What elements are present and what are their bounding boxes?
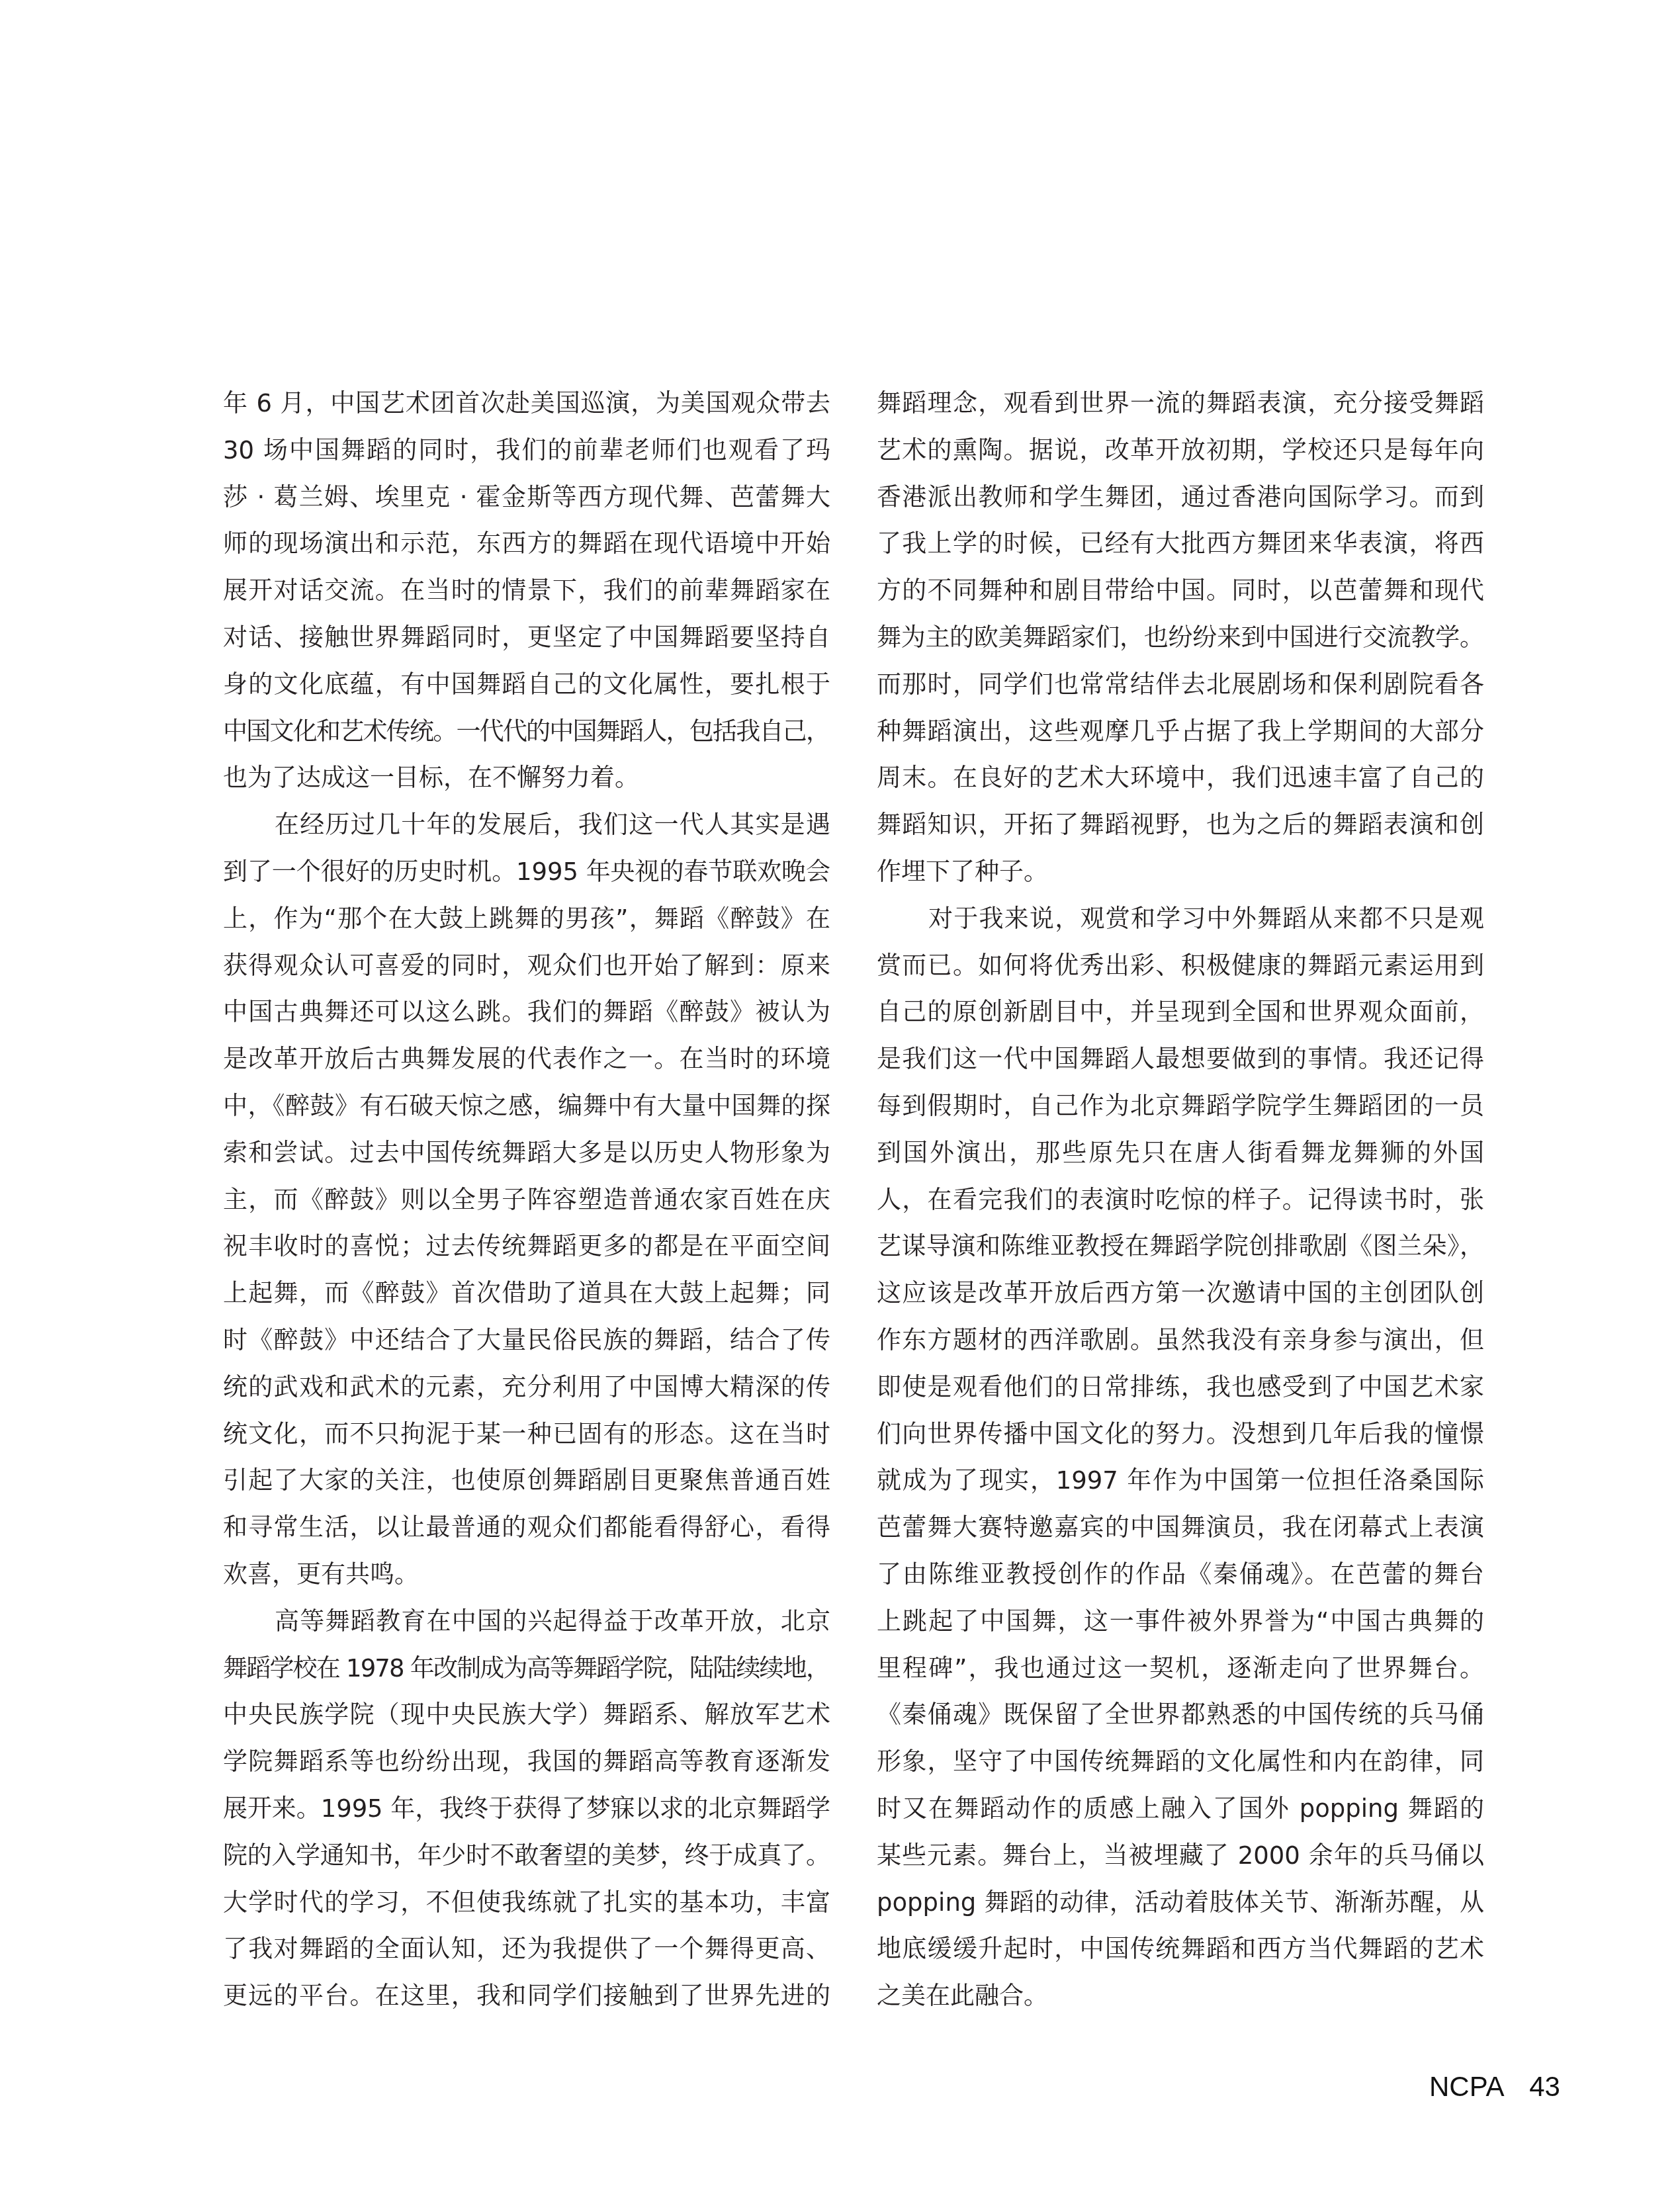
text-line: 院的入学通知书，年少时不敢奢望的美梦，终于成真了。 xyxy=(223,1833,830,1880)
text-line: 到国外演出，那些原先只在唐人街看舞龙舞狮的外国 xyxy=(877,1130,1484,1177)
text-line: 和寻常生活，以让最普通的观众们都能看得舒心，看得 xyxy=(223,1505,830,1552)
text-line: 芭蕾舞大赛特邀嘉宾的中国舞演员，我在闭幕式上表演 xyxy=(877,1505,1484,1552)
text-line: 里程碑”，我也通过这一契机，逐渐走向了世界舞台。 xyxy=(877,1645,1484,1692)
text-line: 上起舞，而《醉鼓》首次借助了道具在大鼓上起舞；同 xyxy=(223,1270,830,1317)
text-line: 某些元素。舞台上，当被埋藏了 2000 余年的兵马俑以 xyxy=(877,1833,1484,1880)
text-line: 更远的平台。在这里，我和同学们接触到了世界先进的 xyxy=(223,1973,830,2020)
text-line: 中国古典舞还可以这么跳。我们的舞蹈《醉鼓》被认为 xyxy=(223,989,830,1036)
text-line: 了我上学的时候，已经有大批西方舞团来华表演，将西 xyxy=(877,521,1484,568)
text-line: 《秦俑魂》既保留了全世界都熟悉的中国传统的兵马俑 xyxy=(877,1692,1484,1739)
text-line: 之美在此融合。 xyxy=(877,1973,1484,2020)
text-line: 每到假期时，自己作为北京舞蹈学院学生舞蹈团的一员 xyxy=(877,1083,1484,1130)
text-line: 们向世界传播中国文化的努力。没想到几年后我的憧憬 xyxy=(877,1411,1484,1458)
text-line: 欢喜，更有共鸣。 xyxy=(223,1552,830,1598)
text-line: 莎 · 葛兰姆、埃里克 · 霍金斯等西方现代舞、芭蕾舞大 xyxy=(223,474,830,521)
text-line: 师的现场演出和示范，东西方的舞蹈在现代语境中开始 xyxy=(223,521,830,568)
magazine-name: NCPA xyxy=(1429,2070,1505,2104)
text-line: 是改革开放后古典舞发展的代表作之一。在当时的环境 xyxy=(223,1036,830,1083)
article-column-left: 年 6 月，中国艺术团首次赴美国巡演，为美国观众带去30 场中国舞蹈的同时，我们… xyxy=(223,380,830,2020)
text-line: 作埋下了种子。 xyxy=(877,849,1484,896)
text-line: 艺谋导演和陈维亚教授在舞蹈学院创排歌剧《图兰朵》， xyxy=(877,1223,1484,1270)
text-line: 30 场中国舞蹈的同时，我们的前辈老师们也观看了玛 xyxy=(223,427,830,474)
text-line: 对于我来说，观赏和学习中外舞蹈从来都不只是观 xyxy=(877,896,1484,943)
text-line: 中央民族学院（现中央民族大学）舞蹈系、解放军艺术 xyxy=(223,1692,830,1739)
text-line: 学院舞蹈系等也纷纷出现，我国的舞蹈高等教育逐渐发 xyxy=(223,1739,830,1786)
article-column-right: 舞蹈理念，观看到世界一流的舞蹈表演，充分接受舞蹈艺术的熏陶。据说，改革开放初期，… xyxy=(877,380,1484,2020)
text-line: 统的武戏和武术的元素，充分利用了中国博大精深的传 xyxy=(223,1364,830,1411)
text-line: 艺术的熏陶。据说，改革开放初期，学校还只是每年向 xyxy=(877,427,1484,474)
text-line: 地底缓缓升起时，中国传统舞蹈和西方当代舞蹈的艺术 xyxy=(877,1926,1484,1973)
text-line: 祝丰收时的喜悦；过去传统舞蹈更多的都是在平面空间 xyxy=(223,1223,830,1270)
text-line: 获得观众认可喜爱的同时，观众们也开始了解到：原来 xyxy=(223,943,830,990)
text-line: 年 6 月，中国艺术团首次赴美国巡演，为美国观众带去 xyxy=(223,380,830,427)
text-line: 形象，坚守了中国传统舞蹈的文化属性和内在韵律，同 xyxy=(877,1739,1484,1786)
text-line: 上，作为“那个在大鼓上跳舞的男孩”，舞蹈《醉鼓》在 xyxy=(223,896,830,943)
text-line: 赏而已。如何将优秀出彩、积极健康的舞蹈元素运用到 xyxy=(877,943,1484,990)
text-line: 到了一个很好的历史时机。1995 年央视的春节联欢晚会 xyxy=(223,849,830,896)
text-line: 作东方题材的西洋歌剧。虽然我没有亲身参与演出，但 xyxy=(877,1317,1484,1364)
text-line: 引起了大家的关注，也使原创舞蹈剧目更聚焦普通百姓 xyxy=(223,1458,830,1505)
text-line: 中国文化和艺术传统。一代代的中国舞蹈人，包括我自己， xyxy=(223,709,830,756)
text-line: 就成为了现实，1997 年作为中国第一位担任洛桑国际 xyxy=(877,1458,1484,1505)
text-line: 舞蹈学校在 1978 年改制成为高等舞蹈学院，陆陆续续地， xyxy=(223,1645,830,1692)
text-line: 自己的原创新剧目中，并呈现到全国和世界观众面前， xyxy=(877,989,1484,1036)
text-line: 香港派出教师和学生舞团，通过香港向国际学习。而到 xyxy=(877,474,1484,521)
text-line: 也为了达成这一目标，在不懈努力着。 xyxy=(223,755,830,802)
text-line: 了由陈维亚教授创作的作品《秦俑魂》。在芭蕾的舞台 xyxy=(877,1552,1484,1598)
text-line: 时又在舞蹈动作的质感上融入了国外 popping 舞蹈的 xyxy=(877,1786,1484,1833)
text-line: 即使是观看他们的日常排练，我也感受到了中国艺术家 xyxy=(877,1364,1484,1411)
text-line: 展开对话交流。在当时的情景下，我们的前辈舞蹈家在 xyxy=(223,568,830,615)
text-line: 这应该是改革开放后西方第一次邀请中国的主创团队创 xyxy=(877,1270,1484,1317)
text-line: 舞蹈理念，观看到世界一流的舞蹈表演，充分接受舞蹈 xyxy=(877,380,1484,427)
page-footer: NCPA 43 xyxy=(1429,2070,1560,2104)
text-line: 舞为主的欧美舞蹈家们，也纷纷来到中国进行交流教学。 xyxy=(877,615,1484,662)
text-line: 是我们这一代中国舞蹈人最想要做到的事情。我还记得 xyxy=(877,1036,1484,1083)
text-line: 而那时，同学们也常常结伴去北展剧场和保利剧院看各 xyxy=(877,662,1484,709)
text-line: 上跳起了中国舞，这一事件被外界誉为“中国古典舞的 xyxy=(877,1598,1484,1645)
text-line: 展开来。1995 年，我终于获得了梦寐以求的北京舞蹈学 xyxy=(223,1786,830,1833)
page-number: 43 xyxy=(1529,2070,1560,2104)
text-line: 了我对舞蹈的全面认知，还为我提供了一个舞得更高、 xyxy=(223,1926,830,1973)
text-line: 索和尝试。过去中国传统舞蹈大多是以历史人物形象为 xyxy=(223,1130,830,1177)
text-line: 周末。在良好的艺术大环境中，我们迅速丰富了自己的 xyxy=(877,755,1484,802)
text-line: 人，在看完我们的表演时吃惊的样子。记得读书时，张 xyxy=(877,1177,1484,1224)
text-line: popping 舞蹈的动律，活动着肢体关节、渐渐苏醒，从 xyxy=(877,1880,1484,1927)
text-line: 方的不同舞种和剧目带给中国。同时，以芭蕾舞和现代 xyxy=(877,568,1484,615)
text-line: 统文化，而不只拘泥于某一种已固有的形态。这在当时 xyxy=(223,1411,830,1458)
text-line: 时《醉鼓》中还结合了大量民俗民族的舞蹈，结合了传 xyxy=(223,1317,830,1364)
text-line: 舞蹈知识，开拓了舞蹈视野，也为之后的舞蹈表演和创 xyxy=(877,802,1484,849)
text-line: 大学时代的学习，不但使我练就了扎实的基本功，丰富 xyxy=(223,1880,830,1927)
text-line: 中，《醉鼓》有石破天惊之感，编舞中有大量中国舞的探 xyxy=(223,1083,830,1130)
text-line: 主，而《醉鼓》则以全男子阵容塑造普通农家百姓在庆 xyxy=(223,1177,830,1224)
text-line: 种舞蹈演出，这些观摩几乎占据了我上学期间的大部分 xyxy=(877,709,1484,756)
text-line: 身的文化底蕴，有中国舞蹈自己的文化属性，要扎根于 xyxy=(223,662,830,709)
text-line: 对话、接触世界舞蹈同时，更坚定了中国舞蹈要坚持自 xyxy=(223,615,830,662)
text-line: 在经历过几十年的发展后，我们这一代人其实是遇 xyxy=(223,802,830,849)
text-line: 高等舞蹈教育在中国的兴起得益于改革开放，北京 xyxy=(223,1598,830,1645)
